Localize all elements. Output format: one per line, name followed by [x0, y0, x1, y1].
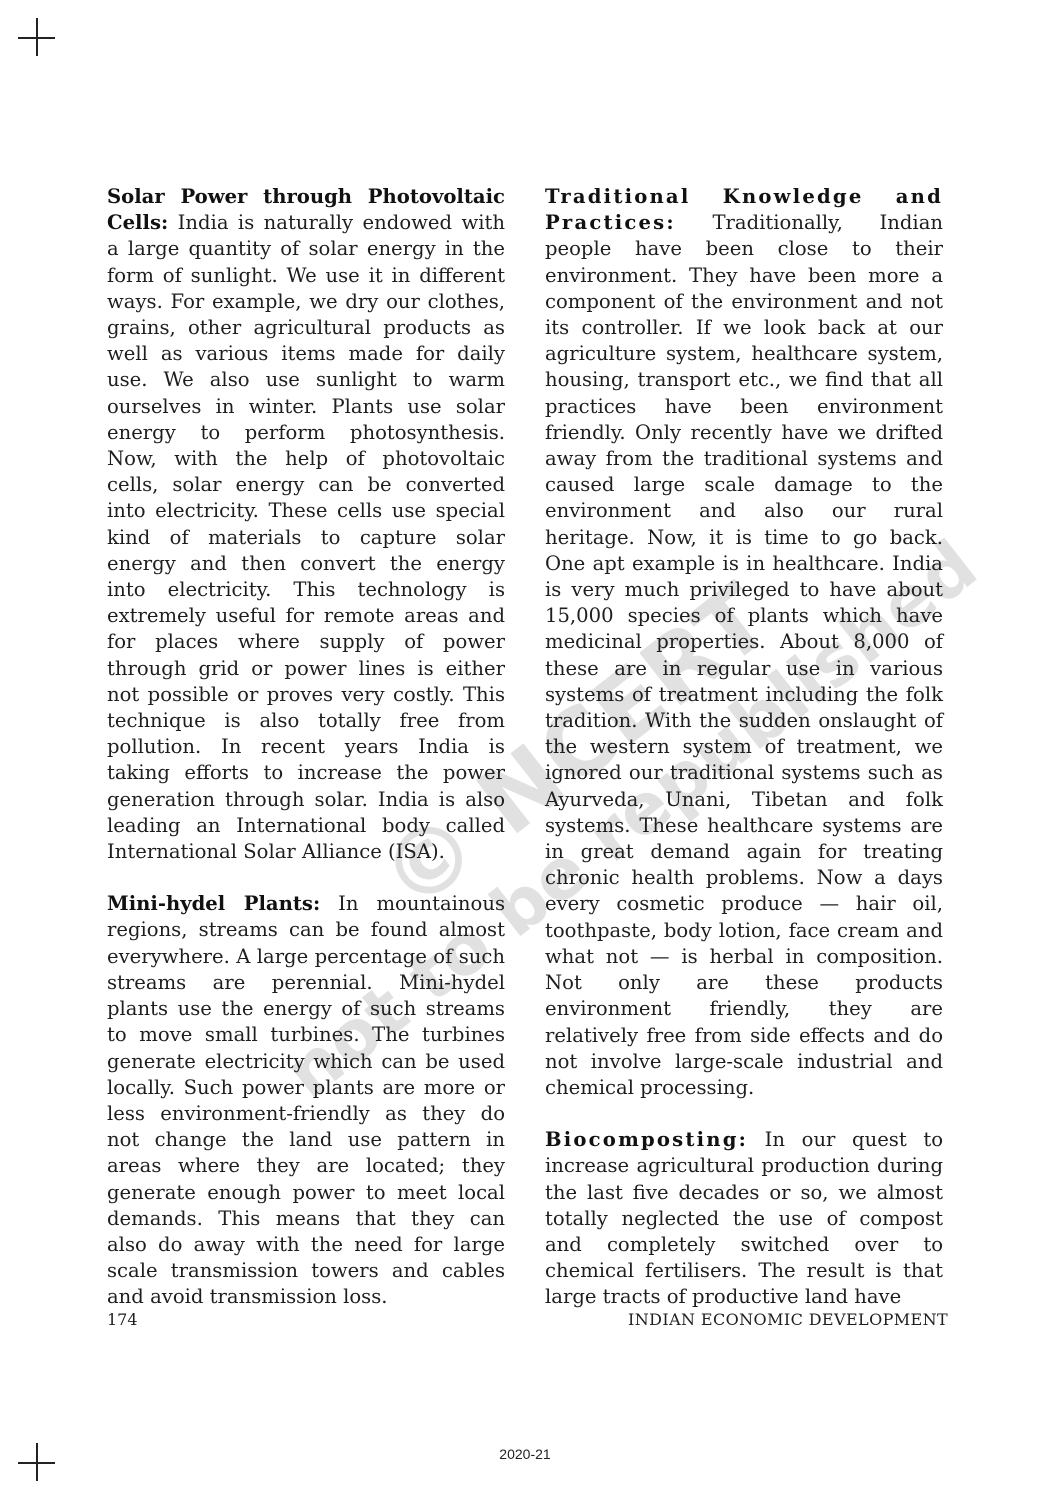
- section-heading: Mini-hydel Plants:: [107, 892, 320, 915]
- section-body: In mountainous regions, streams can be f…: [107, 892, 505, 1308]
- section-mini-hydel: Mini-hydel Plants: In mountainous region…: [107, 891, 505, 1310]
- left-column: Solar Power through Photovoltaic Cells: …: [107, 184, 505, 1337]
- section-heading: Biocomposting:: [545, 1128, 748, 1151]
- edition-year: 2020-21: [0, 1446, 1050, 1462]
- page-number: 174: [107, 1310, 138, 1329]
- right-column: Traditional Knowledge and Practices: Tra…: [545, 184, 943, 1337]
- book-title: INDIAN ECONOMIC DEVELOPMENT: [628, 1310, 948, 1329]
- section-body: In our quest to increase agricultural pr…: [545, 1128, 943, 1308]
- section-body: Traditionally, Indian people have been c…: [545, 211, 943, 1099]
- section-traditional-knowledge: Traditional Knowledge and Practices: Tra…: [545, 184, 943, 1101]
- section-solar-power: Solar Power through Photovoltaic Cells: …: [107, 184, 505, 865]
- section-biocomposting: Biocomposting: In our quest to increase …: [545, 1127, 943, 1310]
- section-body: India is naturally endowed with a large …: [107, 211, 505, 863]
